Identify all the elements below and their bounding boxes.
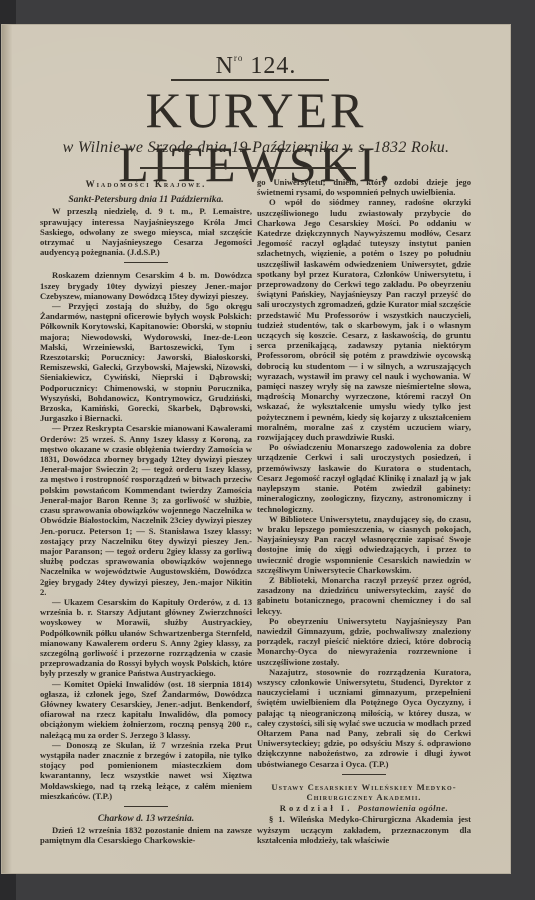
separator-rule — [124, 806, 168, 807]
dispatch-text: W przeszłą niedzielę, d. 9 t. m., P. Lem… — [40, 206, 252, 257]
chapter-heading: Rozdział I. Postanowienia ogólne. — [257, 803, 471, 813]
article-paragraph: — Przyjęci zostają do służby, do 5go okr… — [40, 301, 252, 423]
separator-rule — [124, 262, 168, 263]
article-paragraph: W Bibliotece Uniwersytetu, znaydującey s… — [257, 514, 471, 575]
left-column: Wiadomości Krajowe. Sankt-Petersburg dni… — [40, 177, 252, 846]
dispatch-text: Dzień 12 września 1832 pozostanie dniem … — [40, 825, 252, 845]
right-column: go Uniwersytetu; dniem, który ozdobi dzi… — [257, 177, 471, 845]
issue-superscript: ro — [234, 53, 244, 63]
ordinance-article: § 1. Wileńska Medyko-Chirurgiczna Akadem… — [257, 814, 471, 845]
article-paragraph: Po oświadczeniu Monarszego zadowolenia z… — [257, 442, 471, 513]
issue-number-value: 124. — [250, 53, 296, 79]
chapter-label: Rozdział I. — [280, 803, 353, 813]
newspaper-page: Nro 124. KURYER LITEWSKI. w Wilnie we Sr… — [2, 25, 510, 873]
dateline: w Wilnie we Srzodę dnia 19 Października … — [2, 139, 510, 157]
article-paragraph: — Przez Reskrypta Cesarskie mianowani Ka… — [40, 423, 252, 596]
newspaper-title: KURYER LITEWSKI. — [2, 83, 510, 191]
ordinance-title: Ustawy Cesarskiey Wileńskiey Medyko-Chir… — [257, 782, 471, 802]
masthead-rule-top — [171, 79, 329, 81]
masthead-rule-bottom — [140, 167, 356, 169]
article-paragraph: Nazajutrz, stosownie do rozrządzenia Kur… — [257, 667, 471, 769]
issue-number: Nro 124. — [2, 53, 510, 80]
article-paragraph: Roskazem dziennym Cesarskim 4 b. m. Dowó… — [40, 270, 252, 301]
article-paragraph: — Ukazem Cesarskim do Kapituły Orderów, … — [40, 597, 252, 679]
section-title: Wiadomości Krajowe. — [40, 179, 252, 189]
article-paragraph: — Donoszą ze Skulan, iż 7 września rzeka… — [40, 740, 252, 801]
dispatch-place: Sankt-Petersburg dnia 11 Października. — [40, 195, 252, 205]
article-paragraph: Po obeyrzeniu Uniwersytetu Nayjaśnieyszy… — [257, 616, 471, 667]
article-paragraph: — Komitet Opieki Inwalidów (ost. 18 sier… — [40, 679, 252, 740]
article-paragraph: Z Biblioteki, Monarcha raczył przeyść pr… — [257, 575, 471, 616]
article-paragraph: O wpół do siódmey ranney, radośne okrzyk… — [257, 197, 471, 442]
article-paragraph: go Uniwersytetu; dniem, który ozdobi dzi… — [257, 177, 471, 197]
chapter-title: Postanowienia ogólne. — [358, 803, 449, 813]
separator-rule — [342, 774, 386, 775]
issue-prefix: N — [216, 53, 234, 79]
dispatch-place: Charkow d. 13 września. — [40, 814, 252, 824]
